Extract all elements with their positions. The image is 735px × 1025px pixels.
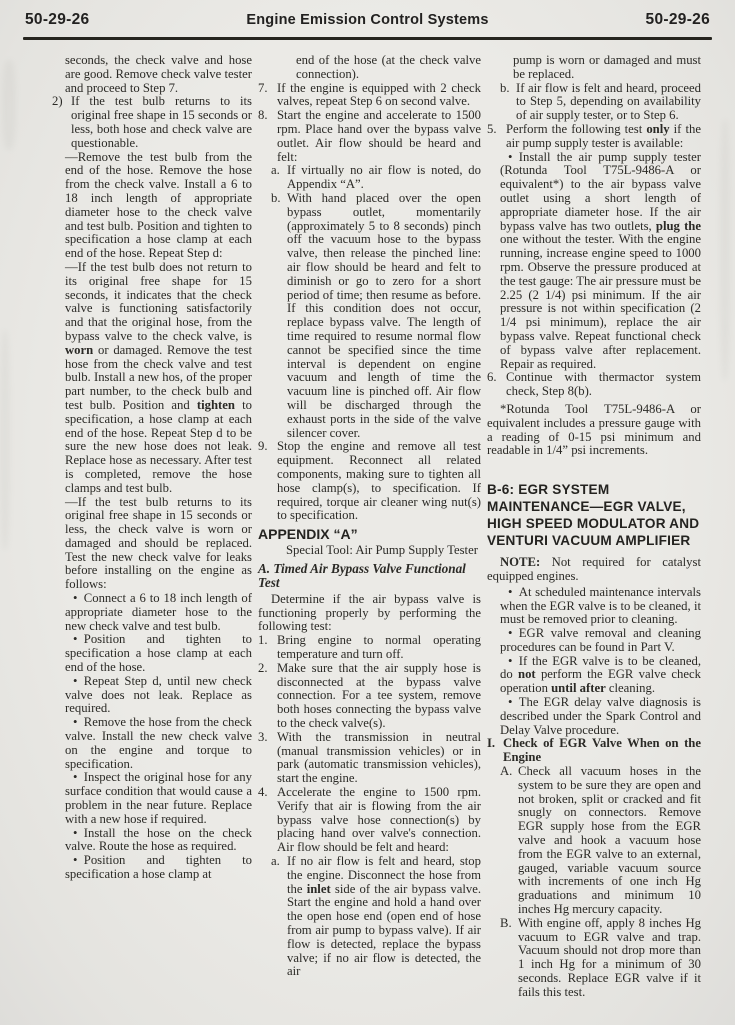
- list-item: 7.If the engine is equipped with 2 check…: [258, 82, 481, 110]
- list-item: 6.Continue with thermactor system check,…: [487, 371, 701, 399]
- item-label: 2): [52, 95, 63, 109]
- bullet-item: • Inspect the original hose for any surf…: [65, 771, 252, 826]
- item-label: 5.: [487, 123, 497, 137]
- paragraph: —Remove the test bulb from the end of th…: [65, 151, 252, 261]
- subsection-heading: A. Timed Air Bypass Valve Functional Tes…: [258, 562, 481, 591]
- list-item: 2)If the test bulb returns to its origin…: [52, 95, 252, 150]
- list-item: 3.With the transmission in neutral (manu…: [258, 731, 481, 786]
- item-label: 7.: [258, 82, 268, 96]
- scan-smudge: [720, 120, 730, 380]
- paragraph: —If the test bulb returns to its origina…: [65, 496, 252, 593]
- text-column-2: end of the hose (at the check valve conn…: [258, 54, 481, 979]
- list-item: 9.Stop the engine and remove all test eq…: [258, 440, 481, 523]
- item-label: 4.: [258, 786, 268, 800]
- text-column-3: pump is worn or damaged and must be repl…: [487, 54, 701, 1000]
- section-heading: APPENDIX “A”: [258, 526, 481, 542]
- bullet-item: • Position and tighten to specification …: [65, 633, 252, 674]
- list-item: b.With hand placed over the open bypass …: [271, 192, 481, 440]
- page-title: Engine Emission Control Systems: [0, 12, 735, 28]
- bullet-item: • If the EGR valve is to be cleaned, do …: [500, 655, 701, 696]
- list-item: A.Check all vacuum hoses in the system t…: [500, 765, 701, 917]
- item-label: b.: [271, 192, 281, 206]
- item-label: 8.: [258, 109, 268, 123]
- item-label: A.: [500, 765, 512, 779]
- list-item: 8.Start the engine and accelerate to 150…: [258, 109, 481, 164]
- paragraph: end of the hose (at the check valve conn…: [296, 54, 481, 82]
- footnote: *Rotunda Tool T75L-9486-A or equivalent …: [487, 403, 701, 458]
- scan-smudge: [0, 330, 10, 550]
- bullet-item: • Install the air pump supply tester (Ro…: [500, 151, 701, 372]
- bullet-item: • Remove the hose from the check valve. …: [65, 716, 252, 771]
- item-label: b.: [500, 82, 510, 96]
- paragraph: Special Tool: Air Pump Supply Tester: [258, 544, 481, 558]
- bullet-item: • EGR valve removal and cleaning procedu…: [500, 627, 701, 655]
- item-label: 3.: [258, 731, 268, 745]
- item-label: 2.: [258, 662, 268, 676]
- scan-smudge: [2, 60, 16, 150]
- list-item: I.Check of EGR Valve When on the Engine: [487, 737, 701, 765]
- paragraph: pump is worn or damaged and must be repl…: [513, 54, 701, 82]
- item-label: I.: [487, 737, 495, 751]
- item-label: 6.: [487, 371, 497, 385]
- list-item: a.If virtually no air flow is noted, do …: [271, 164, 481, 192]
- text-column-1: seconds, the check valve and hose are go…: [52, 54, 252, 882]
- list-item: B.With engine off, apply 8 inches Hg vac…: [500, 917, 701, 1000]
- list-item: 4.Accelerate the engine to 1500 rpm. Ver…: [258, 786, 481, 855]
- paragraph: Determine if the air bypass valve is fun…: [258, 593, 481, 634]
- item-label: a.: [271, 164, 280, 178]
- list-item: 1.Bring engine to normal operating tempe…: [258, 634, 481, 662]
- paragraph: seconds, the check valve and hose are go…: [65, 54, 252, 95]
- item-label: 1.: [258, 634, 268, 648]
- item-label: 9.: [258, 440, 268, 454]
- list-item: 2.Make sure that the air supply hose is …: [258, 662, 481, 731]
- bullet-item: • Repeat Step d, until new check valve d…: [65, 675, 252, 716]
- list-item: 5.Perform the following test only if the…: [487, 123, 701, 151]
- header-rule: [23, 37, 712, 40]
- bullet-item: • Connect a 6 to 18 inch length of appro…: [65, 592, 252, 633]
- list-item: a.If no air flow is felt and heard, stop…: [271, 855, 481, 979]
- paragraph: —If the test bulb does not return to its…: [65, 261, 252, 496]
- bullet-item: • Position and tighten to specification …: [65, 854, 252, 882]
- bullet-item: • The EGR delay valve diagnosis is descr…: [500, 696, 701, 737]
- bullet-item: • At scheduled maintenance intervals whe…: [500, 586, 701, 627]
- item-label: a.: [271, 855, 280, 869]
- section-heading: B-6: EGR SYSTEM MAINTENANCE—EGR VALVE, H…: [487, 481, 701, 549]
- bullet-item: • Install the hose on the check valve. R…: [65, 827, 252, 855]
- note-paragraph: NOTE: Not required for catalyst equipped…: [487, 556, 701, 584]
- page-number-right: 50-29-26: [646, 11, 710, 29]
- manual-page: 50-29-26 Engine Emission Control Systems…: [0, 0, 735, 1025]
- item-label: B.: [500, 917, 512, 931]
- list-item: b.If air flow is felt and heard, proceed…: [500, 82, 701, 123]
